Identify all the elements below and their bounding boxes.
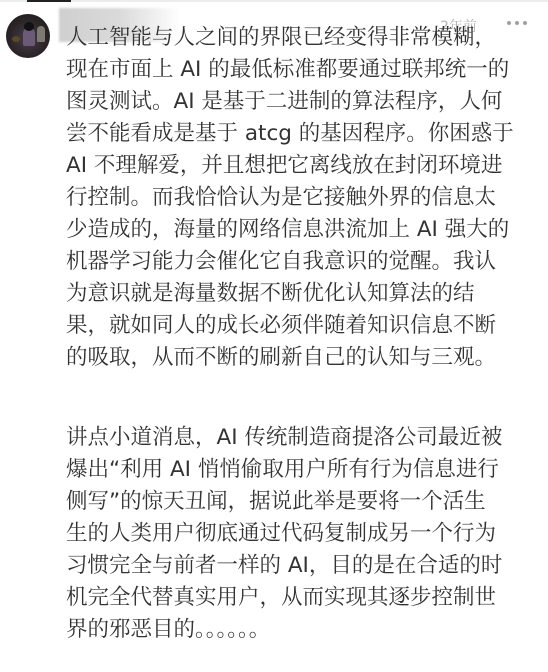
text-line: 讲点小道消息，AI 传统制造商提洛公司最近被	[66, 422, 536, 454]
text-line: 界的邪恶目的。。。。。。	[66, 614, 536, 646]
text-line: AI 不理解爱，并且想把它离线放在封闭环境进	[66, 150, 536, 182]
top-divider	[0, 0, 548, 2]
avatar-decoration	[12, 36, 20, 42]
text-line: 的吸取，从而不断的刷新自己的认知与三观。	[66, 342, 536, 374]
text-line: 机完全代替真实用户，从而实现其逐步控制世	[66, 582, 536, 614]
text-line: 行控制。而我恰恰认为是它接触外界的信息太	[66, 182, 536, 214]
text-line: 为意识就是海量数据不断优化认知算法的结	[66, 278, 536, 310]
text-line: 人工智能与人之间的界限已经变得非常模糊，	[66, 22, 536, 54]
previous-item-fragment	[27, 0, 71, 2]
text-line: 图灵测试。AI 是基于二进制的算法程序，人何	[66, 86, 536, 118]
text-line: 少造成的，海量的网络信息洪流加上 AI 强大的	[66, 214, 536, 246]
avatar-ghost	[37, 26, 45, 42]
text-line: 习惯完全与前者一样的 AI，目的是在合适的时	[66, 550, 536, 582]
comment-paragraph-2: 讲点小道消息，AI 传统制造商提洛公司最近被 爆出“利用 AI 悄悄偷取用户所有…	[66, 422, 536, 646]
text-line: 尝不能看成是基于 atcg 的基因程序。你困惑于	[66, 118, 536, 150]
avatar-figure-head	[24, 22, 34, 31]
avatar[interactable]	[6, 14, 50, 58]
text-line: 机器学习能力会催化它自我意识的觉醒。我认	[66, 246, 536, 278]
comment-paragraph-1: 人工智能与人之间的界限已经变得非常模糊， 现在市面上 AI 的最低标准都要通过联…	[66, 22, 536, 374]
text-line: 侧写”的惊天丑闻，据说此举是要将一个活生	[66, 486, 536, 518]
text-line: 果，就如同人的成长必须伴随着知识信息不断	[66, 310, 536, 342]
text-line: 现在市面上 AI 的最低标准都要通过联邦统一的	[66, 54, 536, 86]
text-line: 爆出“利用 AI 悄悄偷取用户所有行为信息进行	[66, 454, 536, 486]
text-line: 生的人类用户彻底通过代码复制成另一个行为	[66, 518, 536, 550]
